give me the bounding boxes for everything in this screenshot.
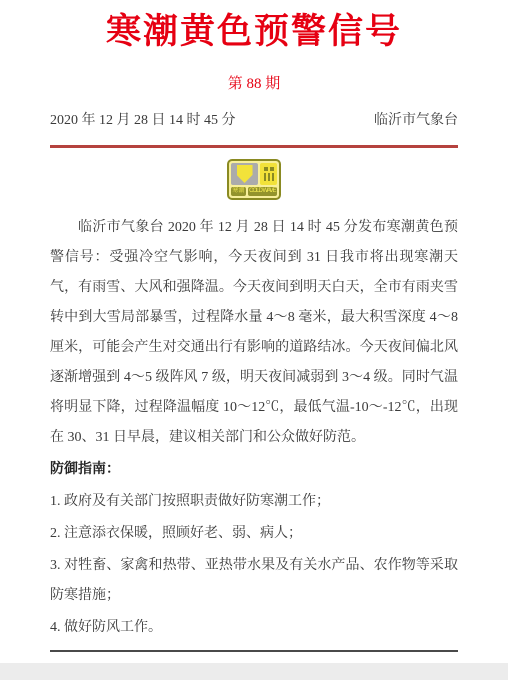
warning-icon-glyph-cell <box>231 163 258 185</box>
guideline-item-2: 2. 注意添衣保暖，照顾好老、弱、病人； <box>50 519 458 549</box>
guideline-item-4: 4. 做好防风工作。 <box>50 613 458 643</box>
page-title: 寒潮黄色预警信号 <box>50 10 458 54</box>
bottom-background-strip <box>0 663 508 680</box>
bulletin-content: 寒潮黄色预警信号 第 88 期 2020 年 12 月 28 日 14 时 45… <box>0 0 508 643</box>
warning-icon-cn-label: 寒潮 <box>231 187 246 196</box>
issue-number: 第 88 期 <box>50 74 458 94</box>
header-divider <box>50 145 458 148</box>
issue-datetime: 2020 年 12 月 28 日 14 时 45 分 <box>50 111 236 131</box>
guidelines-heading: 防御指南： <box>50 455 458 485</box>
meta-row: 2020 年 12 月 28 日 14 时 45 分 临沂市气象台 <box>50 111 458 131</box>
guideline-item-3: 3. 对牲畜、家禽和热带、亚热带水果及有关水产品、农作物等采取防寒措施； <box>50 551 458 611</box>
warning-icon-top <box>231 163 277 185</box>
footer-divider <box>50 650 458 652</box>
warning-icon-side-cell <box>260 163 277 185</box>
warning-icon-labels: 寒潮 COLD WAVE <box>231 187 277 196</box>
issuing-agency: 临沂市气象台 <box>374 111 458 131</box>
warning-icon-en-label: COLD WAVE <box>248 187 277 196</box>
snow-dots-icon <box>264 167 274 171</box>
down-arrow-icon <box>237 165 253 183</box>
icicle-bars-icon <box>264 173 274 181</box>
warning-body-paragraph: 临沂市气象台 2020 年 12 月 28 日 14 时 45 分发布寒潮黄色预… <box>50 213 458 453</box>
guideline-item-1: 1. 政府及有关部门按照职责做好防寒潮工作； <box>50 487 458 517</box>
cold-wave-warning-icon: 寒潮 COLD WAVE <box>227 159 281 200</box>
warning-bulletin-page: 寒潮黄色预警信号 第 88 期 2020 年 12 月 28 日 14 时 45… <box>0 0 508 680</box>
